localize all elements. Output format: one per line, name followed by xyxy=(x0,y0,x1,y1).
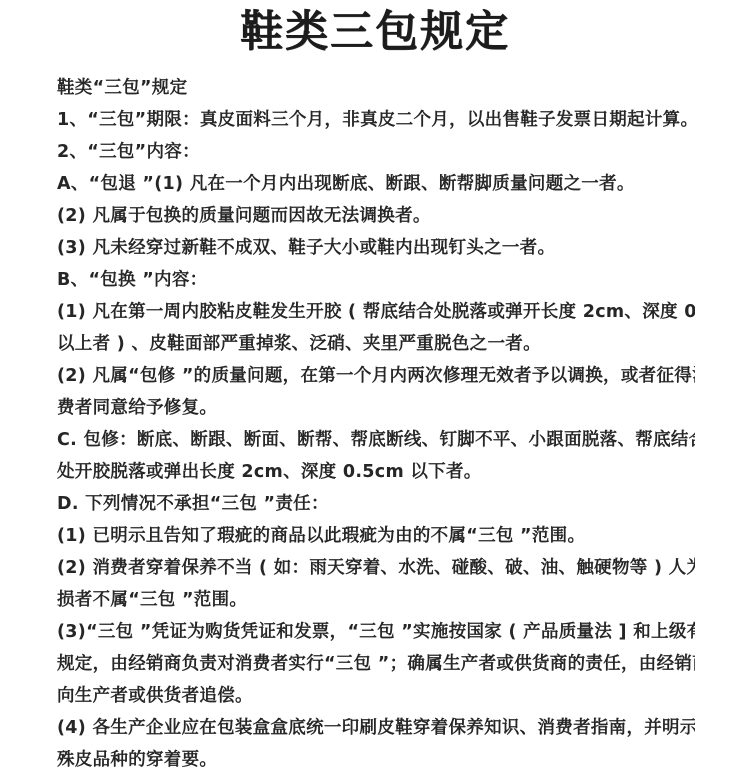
text-line: 处开胶脱落或弹出长度 2cm、深度 0.5cm 以下者。 xyxy=(57,456,695,488)
text-line: (2) 凡属于包换的质量问题而因故无法调换者。 xyxy=(57,200,695,232)
text-line: 以上者 ) 、皮鞋面部严重掉浆、泛硝、夹里严重脱色之一者。 xyxy=(57,328,695,360)
text-line: D. 下列情况不承担“三包 ”责任： xyxy=(57,488,695,520)
text-line: 殊皮品种的穿着要。 xyxy=(57,744,695,776)
text-line: 损者不属“三包 ”范围。 xyxy=(57,584,695,616)
text-line: (3)“三包 ”凭证为购货凭证和发票，“三包 ”实施按国家 ( 产品质量法 ] … xyxy=(57,616,695,648)
text-line: 2、“三包”内容： xyxy=(57,136,695,168)
text-line: (1) 凡在第一周内胶粘皮鞋发生开胶 ( 帮底结合处脱落或弹开长度 2cm、深度… xyxy=(57,296,695,328)
text-line: 向生产者或供货者追偿。 xyxy=(57,680,695,712)
text-line: 1、“三包”期限：真皮面料三个月，非真皮二个月，以出售鞋子发票日期起计算。 xyxy=(57,104,695,136)
text-line: C. 包修：断底、断跟、断面、断帮、帮底断线、钉脚不平、小跟面脱落、帮底结合 xyxy=(57,424,695,456)
text-line: 费者同意给予修复。 xyxy=(57,392,695,424)
text-line: (2) 凡属“包修 ”的质量问题，在第一个月内两次修理无效者予以调换，或者征得消 xyxy=(57,360,695,392)
text-line: (4) 各生产企业应在包装盒盒底统一印刷皮鞋穿着保养知识、消费者指南，并明示特 xyxy=(57,712,695,744)
text-line: (1) 已明示且告知了瑕疵的商品以此瑕疵为由的不属“三包 ”范围。 xyxy=(57,520,695,552)
text-line: (2) 消费者穿着保养不当 ( 如：雨天穿着、水洗、碰酸、破、油、触硬物等 ) … xyxy=(57,552,695,584)
text-line: (3) 凡未经穿过新鞋不成双、鞋子大小或鞋内出现钉头之一者。 xyxy=(57,232,695,264)
text-line: 规定，由经销商负责对消费者实行“三包 ”；确属生产者或供货商的责任，由经销商 xyxy=(57,648,695,680)
regulation-document: 鞋类三包规定 鞋类“三包”规定 1、“三包”期限：真皮面料三个月，非真皮二个月，… xyxy=(0,0,750,778)
page-title: 鞋类三包规定 xyxy=(0,6,750,58)
text-line: 鞋类“三包”规定 xyxy=(57,72,695,104)
document-body: 鞋类“三包”规定 1、“三包”期限：真皮面料三个月，非真皮二个月，以出售鞋子发票… xyxy=(0,72,750,776)
text-line: B、“包换 ”内容： xyxy=(57,264,695,296)
text-line: A、“包退 ”(1) 凡在一个月内出现断底、断跟、断帮脚质量问题之一者。 xyxy=(57,168,695,200)
